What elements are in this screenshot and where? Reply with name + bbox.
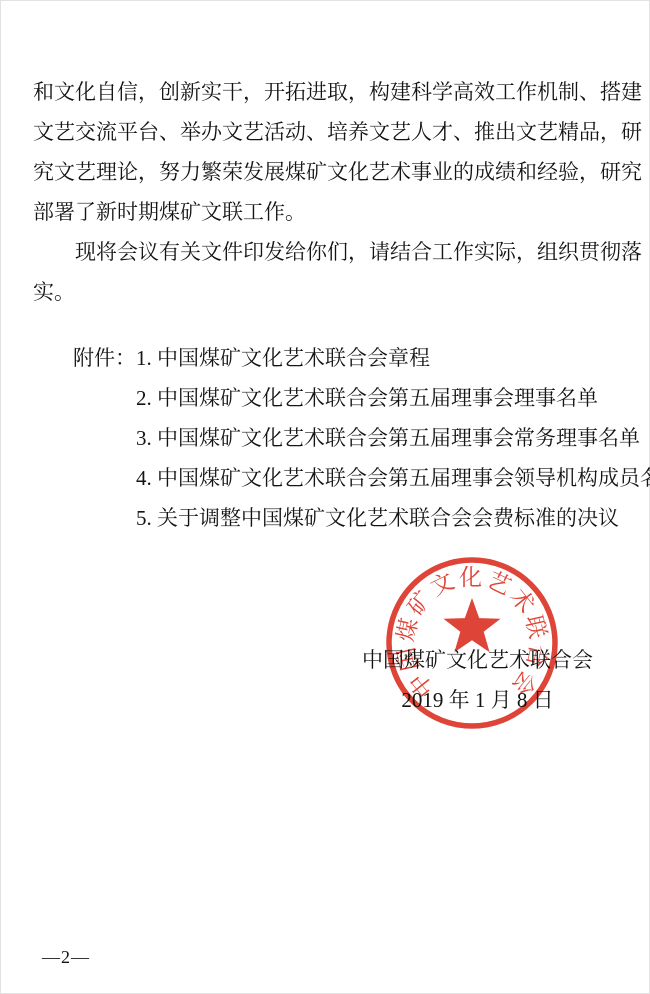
document-page: 和文化自信，创新实干，开拓进取，构建科学高效工作机制、搭建 文艺交流平台、举办文… [0, 0, 650, 994]
body-text-line: 和文化自信，创新实干，开拓进取，构建科学高效工作机制、搭建 [33, 72, 617, 112]
attachment-item: 5. 关于调整中国煤矿文化艺术联合会会费标准的决议 [73, 498, 617, 538]
body-text-line: 实。 [33, 272, 617, 312]
attachments-list: 附件：1. 中国煤矿文化艺术联合会章程 2. 中国煤矿文化艺术联合会第五届理事会… [33, 338, 617, 538]
paragraph-2: 现将会议有关文件印发给你们，请结合工作实际，组织贯彻落 实。 [33, 232, 617, 312]
star-icon [444, 598, 501, 652]
attachment-item: 附件：1. 中国煤矿文化艺术联合会章程 [73, 338, 617, 378]
attachment-item: 4. 中国煤矿文化艺术联合会第五届理事会领导机构成员名单 [73, 458, 617, 498]
paragraph-1: 和文化自信，创新实干，开拓进取，构建科学高效工作机制、搭建 文艺交流平台、举办文… [33, 72, 617, 232]
official-seal: 中国煤矿文化艺术联合会 [374, 545, 570, 741]
attachment-item: 3. 中国煤矿文化艺术联合会第五届理事会常务理事名单 [73, 418, 617, 458]
page-number: —2— [42, 947, 90, 968]
document-body: 和文化自信，创新实干，开拓进取，构建科学高效工作机制、搭建 文艺交流平台、举办文… [33, 72, 617, 538]
body-text-line: 文艺交流平台、举办文艺活动、培养文艺人才、推出文艺精品，研 [33, 112, 617, 152]
attachment-item-text: 1. 中国煤矿文化艺术联合会章程 [136, 346, 430, 370]
attachment-item: 2. 中国煤矿文化艺术联合会第五届理事会理事名单 [73, 378, 617, 418]
body-text-line: 现将会议有关文件印发给你们，请结合工作实际，组织贯彻落 [33, 232, 617, 272]
attachments-label: 附件： [73, 346, 136, 370]
body-text-line: 究文艺理论，努力繁荣发展煤矿文化艺术事业的成绩和经验，研究 [33, 152, 617, 192]
body-text-line: 部署了新时期煤矿文联工作。 [33, 192, 617, 232]
